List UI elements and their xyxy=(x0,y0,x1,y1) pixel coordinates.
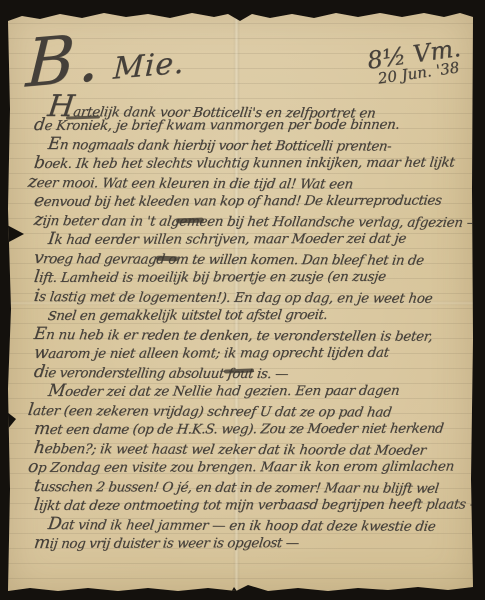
letter-line: met een dame (op de H.K.S. weg). Zou ze … xyxy=(33,418,467,439)
letter-line: lijkt dat deze ontmoeting tot mijn verba… xyxy=(33,494,467,515)
letter-line: eenvoud bij het kleeden van kop of hand!… xyxy=(33,190,467,211)
scan-background: B. Mie. 8½ Vm. 20 Jun. '38 Hartelijk dan… xyxy=(0,0,485,600)
letter-paper: B. Mie. 8½ Vm. 20 Jun. '38 Hartelijk dan… xyxy=(8,9,473,593)
torn-edge-notch xyxy=(7,412,16,430)
letter-line: snel en gemakkelijk uitstel tot afstel g… xyxy=(33,304,467,325)
handwritten-letter: B. Mie. 8½ Vm. 20 Jun. '38 Hartelijk dan… xyxy=(8,9,473,593)
letter-body: Hartelijk dank voor Botticelli's en zelf… xyxy=(34,97,466,553)
date-block: 8½ Vm. 20 Jun. '38 xyxy=(366,37,464,88)
letter-line: boek. Ik heb het slechts vluchtig kunnen… xyxy=(33,152,467,173)
torn-edge-notch xyxy=(230,587,239,594)
torn-edge-notch xyxy=(7,225,24,243)
ink-strikethrough xyxy=(176,218,204,224)
salutation: B. Mie. xyxy=(25,17,188,97)
letter-line: Ik had eerder willen schrijven, maar Moe… xyxy=(33,228,467,249)
ink-strikethrough xyxy=(156,256,178,262)
letter-line: waarom je niet alleen komt; ik mag oprec… xyxy=(33,342,467,363)
letter-line: Moeder zei dat ze Nellie had gezien. Een… xyxy=(33,380,467,401)
letter-line: op Zondag een visite zou brengen. Maar i… xyxy=(27,456,467,477)
letter-line: lift. Lamheid is moeilijk bij broertje e… xyxy=(33,266,467,287)
letter-line: mij nog vrij duister is weer is opgelost… xyxy=(33,532,467,553)
torn-edge-notch xyxy=(237,8,245,16)
